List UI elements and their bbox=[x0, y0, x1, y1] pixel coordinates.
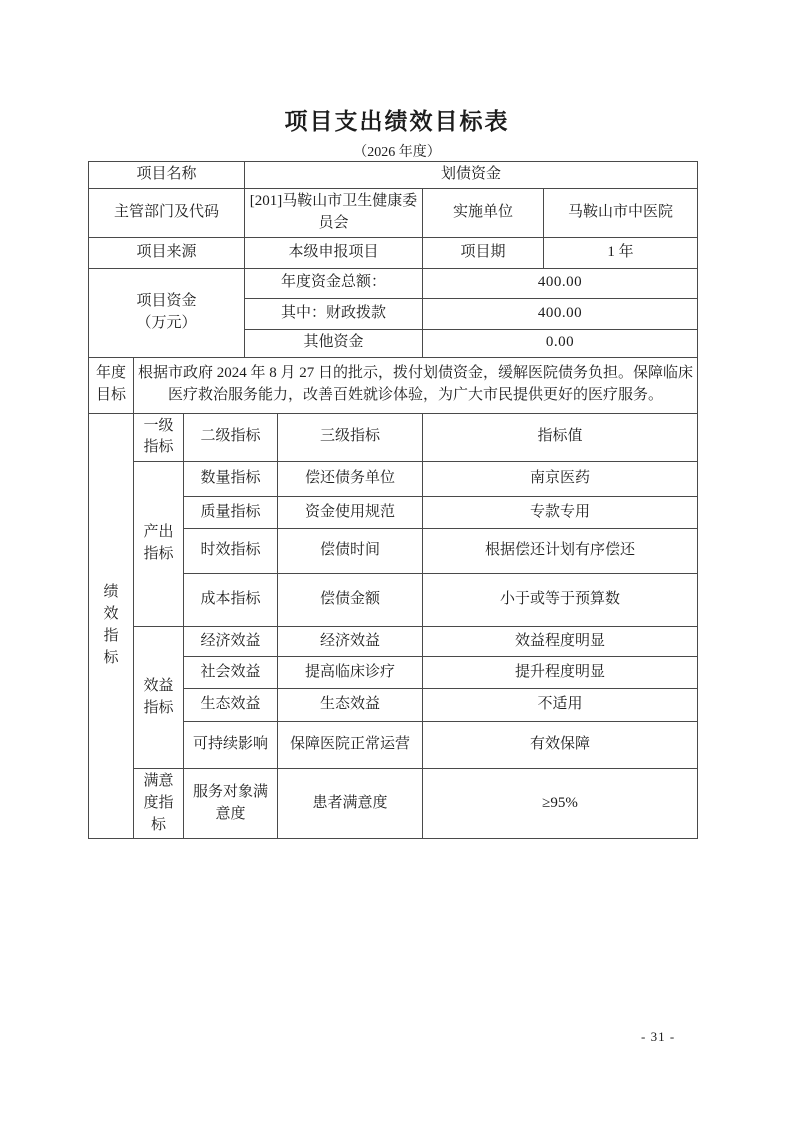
indicator-l2: 社会效益 bbox=[184, 657, 278, 689]
period-label: 项目期 bbox=[423, 237, 544, 268]
indicator-l3: 提高临床诊疗 bbox=[278, 657, 423, 689]
indicator-l3: 资金使用规范 bbox=[278, 497, 423, 529]
annual-goal-text: 根据市政府 2024 年 8 月 27 日的批示，拨付划债资金，缓解医院债务负担… bbox=[134, 357, 698, 413]
indicator-value: 有效保障 bbox=[423, 722, 698, 769]
indicator-value: 专款专用 bbox=[423, 497, 698, 529]
indicator-l3: 保障医院正常运营 bbox=[278, 722, 423, 769]
indicators-side-label-text: 绩效指标 bbox=[103, 582, 120, 669]
funding-total-value: 400.00 bbox=[423, 268, 698, 298]
header-value: 指标值 bbox=[423, 413, 698, 462]
group-output-label: 产出指标 bbox=[134, 462, 184, 627]
period-value: 1 年 bbox=[544, 237, 698, 268]
indicator-l2: 时效指标 bbox=[184, 529, 278, 574]
header-l2: 二级指标 bbox=[184, 413, 278, 462]
project-name-label: 项目名称 bbox=[89, 162, 245, 189]
project-name-value: 划债资金 bbox=[245, 162, 698, 189]
indicator-l2: 生态效益 bbox=[184, 689, 278, 722]
indicator-value: 效益程度明显 bbox=[423, 627, 698, 657]
indicators-side-label: 绩效指标 bbox=[89, 413, 134, 839]
indicator-l2: 可持续影响 bbox=[184, 722, 278, 769]
indicator-l2: 质量指标 bbox=[184, 497, 278, 529]
funding-other-value: 0.00 bbox=[423, 329, 698, 357]
funding-total-label: 年度资金总额： bbox=[245, 268, 423, 298]
annual-goal-label: 年度目标 bbox=[89, 357, 134, 413]
dept-value: [201]马鞍山市卫生健康委员会 bbox=[245, 189, 423, 238]
indicator-value: 提升程度明显 bbox=[423, 657, 698, 689]
funding-label: 项目资金 （万元） bbox=[89, 268, 245, 357]
dept-label: 主管部门及代码 bbox=[89, 189, 245, 238]
document-page: 项目支出绩效目标表 （2026 年度） 项目名称 划债资金 主管部门及代码 [2… bbox=[0, 0, 794, 1123]
indicator-l2: 服务对象满意度 bbox=[184, 769, 278, 839]
indicator-l3: 生态效益 bbox=[278, 689, 423, 722]
indicator-l2: 数量指标 bbox=[184, 462, 278, 497]
page-number: - 31 - bbox=[641, 1029, 675, 1045]
indicator-l3: 偿债时间 bbox=[278, 529, 423, 574]
funding-fiscal-label: 其中：财政拨款 bbox=[245, 298, 423, 329]
indicator-value: 小于或等于预算数 bbox=[423, 574, 698, 627]
indicator-l3: 偿债金额 bbox=[278, 574, 423, 627]
performance-target-table: 项目名称 划债资金 主管部门及代码 [201]马鞍山市卫生健康委员会 实施单位 … bbox=[88, 161, 698, 839]
page-subtitle: （2026 年度） bbox=[0, 141, 794, 161]
indicator-l3: 偿还债务单位 bbox=[278, 462, 423, 497]
group-satisfaction-label: 满意度指标 bbox=[134, 769, 184, 839]
indicator-l2: 经济效益 bbox=[184, 627, 278, 657]
source-label: 项目来源 bbox=[89, 237, 245, 268]
indicator-value: ≥95% bbox=[423, 769, 698, 839]
indicator-value: 根据偿还计划有序偿还 bbox=[423, 529, 698, 574]
header-l3: 三级指标 bbox=[278, 413, 423, 462]
source-value: 本级申报项目 bbox=[245, 237, 423, 268]
funding-fiscal-value: 400.00 bbox=[423, 298, 698, 329]
indicator-value: 不适用 bbox=[423, 689, 698, 722]
indicator-l3: 患者满意度 bbox=[278, 769, 423, 839]
impl-unit-label: 实施单位 bbox=[423, 189, 544, 238]
indicator-l3: 经济效益 bbox=[278, 627, 423, 657]
impl-unit-value: 马鞍山市中医院 bbox=[544, 189, 698, 238]
header-l1: 一级指标 bbox=[134, 413, 184, 462]
group-benefit-label: 效益指标 bbox=[134, 627, 184, 769]
indicator-l2: 成本指标 bbox=[184, 574, 278, 627]
page-title: 项目支出绩效目标表 bbox=[0, 103, 794, 136]
funding-other-label: 其他资金 bbox=[245, 329, 423, 357]
indicator-value: 南京医药 bbox=[423, 462, 698, 497]
